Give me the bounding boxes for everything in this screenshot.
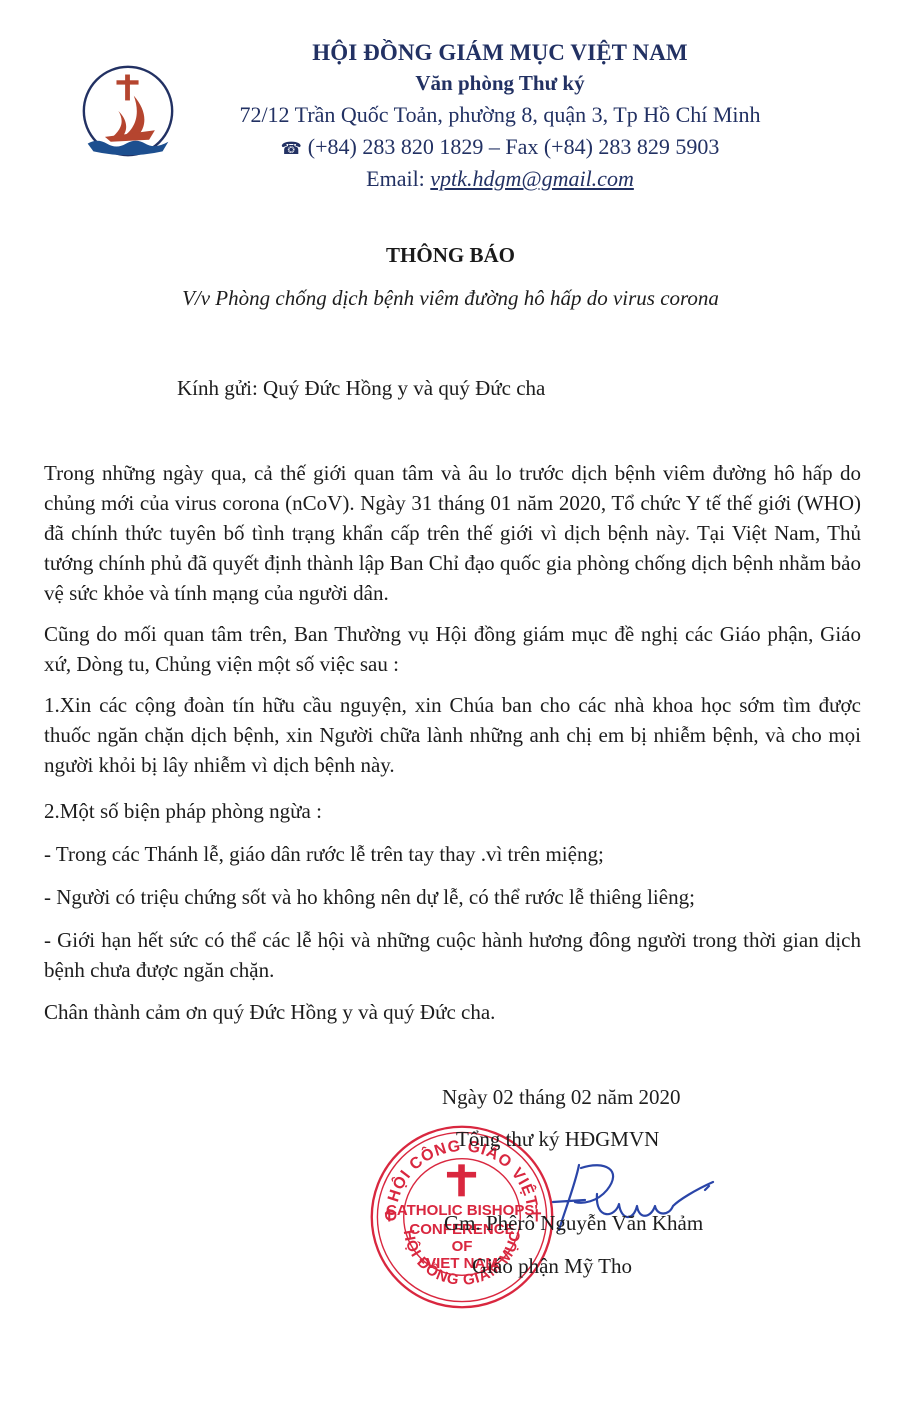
paragraph-item-2: 2.Một số biện pháp phòng ngừa :	[44, 796, 861, 826]
document-date: Ngày 02 tháng 02 năm 2020	[442, 1085, 681, 1110]
contact-phone: ☎(+84) 283 820 1829 – Fax (+84) 283 829 …	[200, 134, 800, 160]
email-label: Email:	[366, 166, 430, 191]
paragraph-request: Cũng do mối quan tâm trên, Ban Thường vụ…	[44, 619, 861, 679]
signatory-name: Gm. Phêrô Nguyễn Văn Khảm	[444, 1211, 703, 1236]
notice-subject: V/v Phòng chống dịch bệnh viêm đường hô …	[0, 286, 901, 311]
signatory-diocese: Giáo phận Mỹ Tho	[472, 1254, 632, 1279]
contact-email: Email: vptk.hdgm@gmail.com	[200, 166, 800, 192]
telephone-icon: ☎	[281, 139, 302, 158]
seal-line-3: OF	[452, 1238, 473, 1255]
measure-1: - Trong các Thánh lễ, giáo dân rước lễ t…	[44, 839, 861, 869]
organization-name: HỘI ĐỒNG GIÁM MỤC VIỆT NAM	[200, 40, 800, 66]
notice-title: THÔNG BÁO	[0, 243, 901, 268]
addressee: Kính gửi: Quý Đức Hồng y và quý Đức cha	[177, 376, 545, 401]
signatory-title: Tổng thư ký HĐGMVN	[456, 1127, 659, 1152]
measure-2: - Người có triệu chứng sốt và ho không n…	[44, 882, 861, 912]
paragraph-intro: Trong những ngày qua, cả thế giới quan t…	[44, 458, 861, 608]
phone-fax-text: (+84) 283 820 1829 – Fax (+84) 283 829 5…	[308, 134, 720, 159]
cross-boat-logo-icon	[79, 63, 177, 159]
closing-thanks: Chân thành cảm ơn quý Đức Hồng y và quý …	[44, 997, 861, 1027]
office-name: Văn phòng Thư ký	[200, 71, 800, 96]
office-address: 72/12 Trần Quốc Toản, phường 8, quận 3, …	[200, 102, 800, 128]
paragraph-item-1: 1.Xin các cộng đoàn tín hữu cầu nguyện, …	[44, 690, 861, 780]
email-link[interactable]: vptk.hdgm@gmail.com	[430, 166, 634, 191]
measure-3: - Giới hạn hết sức có thể các lễ hội và …	[44, 925, 861, 985]
